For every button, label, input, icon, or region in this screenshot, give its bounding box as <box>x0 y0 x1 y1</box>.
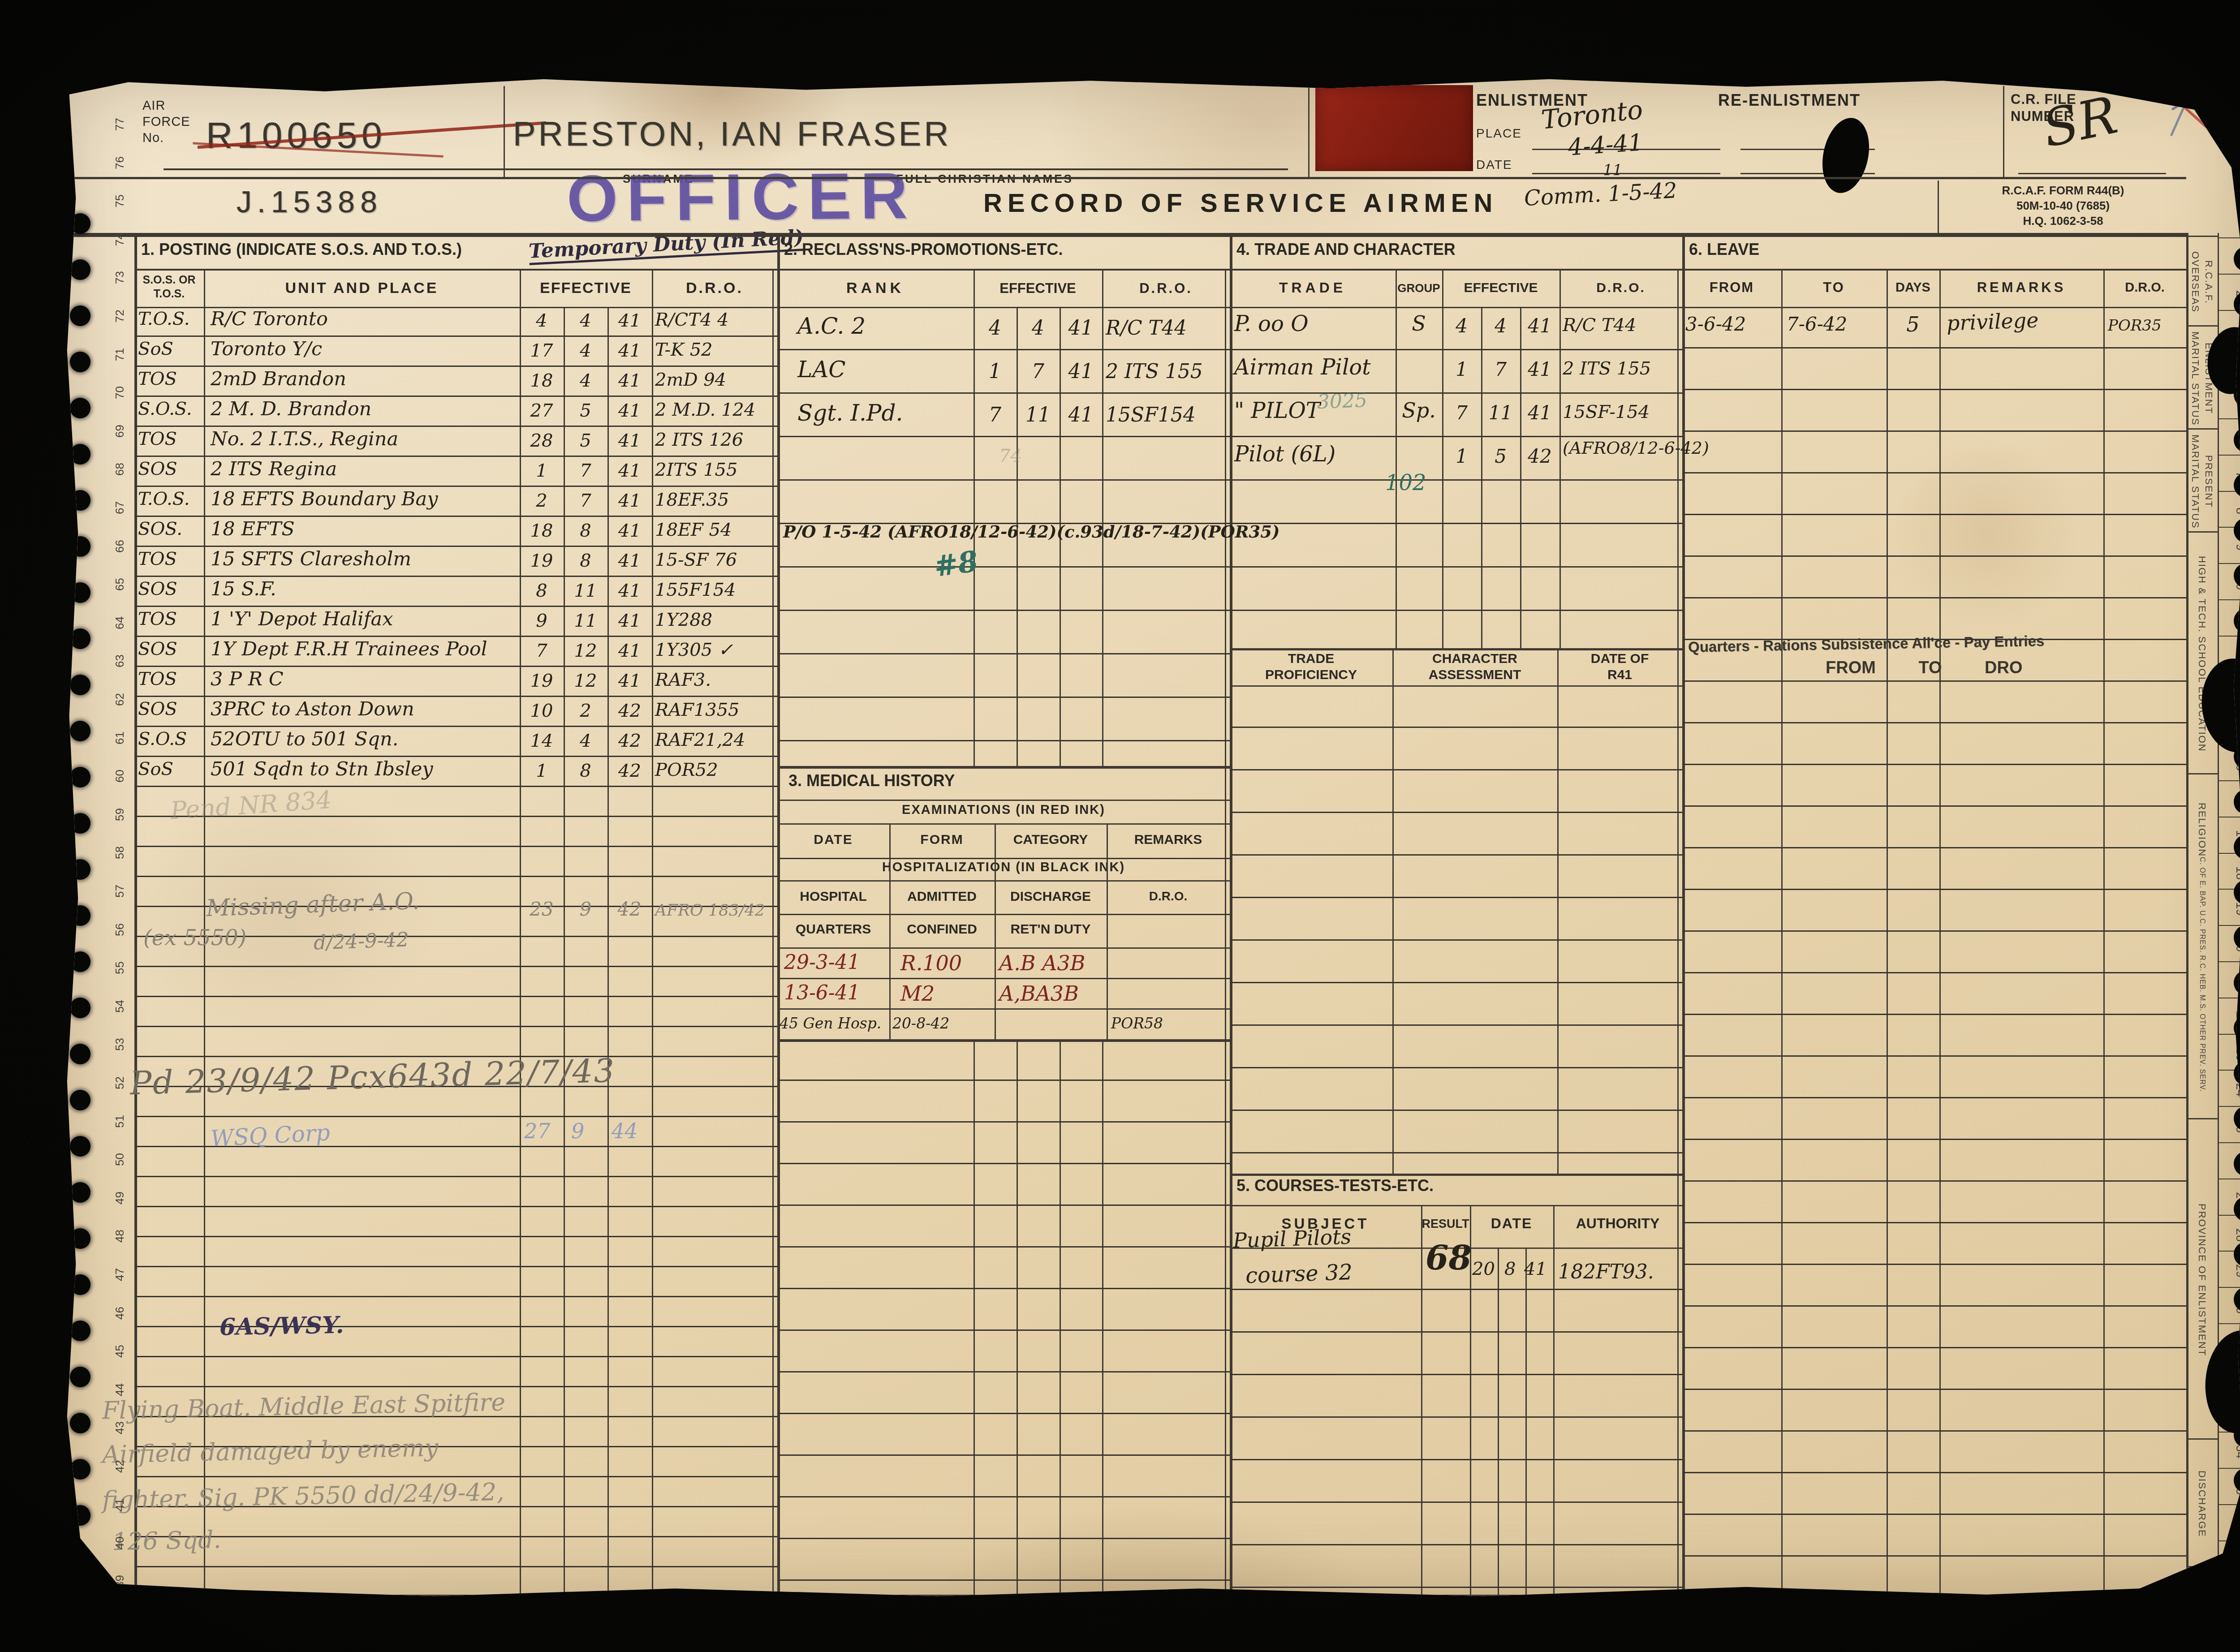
punch-hole <box>70 1228 90 1249</box>
punch-hole <box>70 352 90 372</box>
leave-col-from: FROM <box>1682 280 1781 296</box>
posting-cell-day: 2 <box>520 490 564 511</box>
posting-cell-month: 4 <box>564 310 607 331</box>
courses-result: 68 <box>1426 1239 1472 1278</box>
courses-subject-line2: course 32 <box>1245 1260 1353 1288</box>
medical-col-confined: CONFINED <box>889 922 995 937</box>
posting-cell-month: 7 <box>564 460 607 481</box>
date-underline <box>1532 173 1720 174</box>
posting-col-dro: D.R.O. <box>652 280 777 297</box>
trade-pencil-note: 3025 <box>1317 389 1368 413</box>
posting-cell-month: 5 <box>564 430 607 451</box>
punch-hole <box>70 1551 90 1572</box>
posting-cell-dro: 18EF 54 <box>655 520 732 540</box>
posting-cell-unit: R/C Toronto <box>211 308 328 330</box>
commission-note: Comm. 1-5-42 <box>1524 178 1678 211</box>
grid-hline <box>2186 773 2218 774</box>
left-edge-number: 77 <box>113 108 134 142</box>
posting-cell-tos: TOS <box>138 669 177 689</box>
service-number-underline <box>164 168 567 170</box>
posting-cell-dro: 2 ITS 126 <box>655 430 743 450</box>
grid-hline <box>2218 1540 2240 1541</box>
trade-cell-day: 1 <box>1442 445 1481 467</box>
grid-hline <box>134 269 2186 271</box>
trade-cell-trade: " PILOT <box>1234 398 1320 423</box>
medical-hosp-name: 45 Gen Hosp. <box>780 1015 881 1032</box>
left-edge-number: 67 <box>113 491 134 525</box>
trade-cell-dro: 15SF-154 <box>1563 402 1650 422</box>
row-lines <box>1230 1248 1682 1595</box>
re-enlistment-label: RE-ENLISTMENT <box>1718 91 1861 110</box>
posting-cell-year: 42 <box>607 701 652 721</box>
punch-hole <box>70 721 90 741</box>
page-title: RECORD OF SERVICE AIRMEN <box>983 188 1498 218</box>
commission-superscript: 11 <box>1603 161 1622 179</box>
trade-proficiency-header: TRADE PROFICIENCY <box>1230 651 1392 683</box>
grid-hline <box>2218 1577 2240 1578</box>
posting-cell-unit: Toronto Y/c <box>211 338 322 360</box>
posting-cell-day: 7 <box>520 641 564 661</box>
medical-col-hospital: HOSPITAL <box>777 889 889 904</box>
row-lines <box>1682 307 2186 1595</box>
right-edge-label: RELIGIONC. OF E. BAP. U.C. PRES. R.C. HE… <box>2187 775 2217 1120</box>
grid-vline <box>1308 86 1310 177</box>
posting-cell-day: 8 <box>520 581 564 601</box>
posting-cell-day: 14 <box>520 731 564 751</box>
trade-cell-month: 11 <box>1481 402 1520 424</box>
posting-cell-year: 41 <box>607 310 652 331</box>
punch-hole <box>70 1136 90 1157</box>
trade-cell-dro: R/C T44 <box>1563 315 1637 336</box>
medical-exam-form: M2 <box>900 981 935 1006</box>
name-stamp: PRESTON, IAN FRASER <box>513 115 951 154</box>
posting-cell-tos: SOS <box>138 459 177 479</box>
grid-hline <box>2218 998 2240 998</box>
red-ink-patch <box>1315 85 1473 171</box>
posting-cell-month: 4 <box>564 370 607 391</box>
punch-hole <box>70 1413 90 1433</box>
posting-cell-tos: S.O.S <box>138 729 187 749</box>
posting-cell-dro: POR52 <box>655 760 718 780</box>
punch-hole <box>70 675 90 695</box>
left-edge-number: 62 <box>113 683 134 717</box>
posting-col-sos: S.O.S. OR T.O.S. <box>134 273 204 301</box>
posting-cell-day: 28 <box>520 430 564 451</box>
punch-hole <box>70 1367 90 1387</box>
wsq-eff-cell: 9 <box>571 1119 584 1143</box>
trade-cell-trade: Airman Pilot <box>1234 355 1370 380</box>
posting-cell-unit: 3 P R C <box>211 668 284 690</box>
left-edge-number: 70 <box>113 376 134 410</box>
punch-hole <box>70 1182 90 1203</box>
officer-number-stamp: J.15388 <box>237 185 383 219</box>
grid-vline <box>889 823 891 1039</box>
posting-cell-unit: 1Y Dept F.R.H Trainees Pool <box>211 638 487 660</box>
promotion-note: P/O 1-5-42 (AFRO18/12-6-42)(c.93d/18-7-4… <box>783 522 1279 542</box>
grid-hline <box>777 858 1230 859</box>
row-lines <box>777 1039 1230 1595</box>
trade-cell-year: 41 <box>1520 402 1559 424</box>
posting-cell-unit: 15 SFTS Claresholm <box>211 548 411 570</box>
grid-hline <box>777 947 1230 949</box>
left-edge-number: 65 <box>113 568 134 602</box>
medical-exam-form: R.100 <box>900 951 962 975</box>
posting-cell-tos: TOS <box>138 429 177 449</box>
punch-hole <box>70 767 90 787</box>
posting-cell-tos: SoS <box>138 339 173 359</box>
medical-exam-date: 29-3-41 <box>784 951 860 974</box>
posting-cell-tos: SOS <box>138 699 177 719</box>
reclass-cell-year: 41 <box>1060 404 1102 426</box>
reclass-cell-month: 11 <box>1017 404 1060 426</box>
reclass-cell-day: 1 <box>974 360 1017 383</box>
posting-cell-unit: No. 2 I.T.S., Regina <box>211 428 398 450</box>
punch-hole <box>70 582 90 603</box>
cas-note: 6AS/WSY. <box>219 1312 344 1341</box>
left-edge-number: 54 <box>113 989 134 1024</box>
posting-cell-year: 41 <box>607 340 652 361</box>
posting-cell-day: 1 <box>520 761 564 781</box>
grid-hline <box>2218 274 2240 275</box>
medical-exam-category: A.B A3B <box>999 951 1086 975</box>
trade-cell-trade: P. oo O <box>1234 311 1309 336</box>
punch-hole <box>70 536 90 557</box>
trade-pilot-note: 102 <box>1385 470 1426 495</box>
medical-col-discharge: DISCHARGE <box>995 889 1107 904</box>
leave-col-to: TO <box>1781 280 1887 296</box>
posting-cell-year: 41 <box>607 460 652 481</box>
posting-cell-year: 41 <box>607 581 652 601</box>
posting-cell-year: 42 <box>607 731 652 751</box>
posting-section-title: 1. POSTING (INDICATE S.O.S. AND T.O.S.) <box>141 240 462 259</box>
trade-cell-month: 5 <box>1481 445 1520 467</box>
left-edge-number: 53 <box>113 1028 134 1062</box>
missing-note-line3: d/24-9-42 <box>313 928 409 954</box>
posting-cell-unit: 52OTU to 501 Sqn. <box>211 728 398 750</box>
left-edge-number: 41 <box>113 1488 134 1522</box>
left-edge-number: 51 <box>113 1105 134 1139</box>
left-edge-number: 48 <box>113 1219 134 1253</box>
posting-cell-dro: RAF1355 <box>655 700 740 720</box>
punch-hole <box>70 1274 90 1295</box>
right-edge-label: HIGH & TECH. SCHOOL EDUCATION <box>2187 533 2217 775</box>
grid-vline <box>2003 86 2004 177</box>
courses-date-day: 20 <box>1472 1259 1495 1279</box>
trade-cell-month: 7 <box>1481 358 1520 380</box>
reclass-cell-day: 7 <box>974 404 1017 426</box>
left-edge-number: 76 <box>113 146 134 180</box>
reclass-cell-rank: Sgt. I.Pd. <box>797 400 903 426</box>
trade-cell-day: 7 <box>1442 402 1481 424</box>
missing-note-line2: (ex 5550) <box>143 925 246 951</box>
grid-vline <box>1107 823 1108 1039</box>
trade-cell-group: Sp. <box>1396 398 1442 422</box>
grid-hline <box>2218 455 2240 456</box>
posting-cell-tos: SOS <box>138 579 177 599</box>
posting-cell-tos: T.O.S. <box>138 489 190 509</box>
missing-eff-cell: 23 <box>520 898 564 920</box>
leave-col-days: DAYS <box>1887 280 1939 295</box>
posting-cell-dro: 1Y288 <box>655 610 712 630</box>
trade-col-group: GROUP <box>1396 281 1442 295</box>
posting-cell-month: 12 <box>564 671 607 691</box>
reclass-cell-year: 41 <box>1060 317 1102 340</box>
grid-hline <box>2186 1118 2218 1119</box>
posting-cell-month: 7 <box>564 490 607 511</box>
missing-eff-cell: 9 <box>564 898 607 920</box>
grid-hline <box>1230 648 1682 650</box>
trade-cell-month: 4 <box>1481 315 1520 337</box>
officer-stamp: OFFICER <box>566 158 917 237</box>
paper-hole-damage <box>1816 113 1875 197</box>
posting-cell-tos: SOS. <box>138 519 182 539</box>
punch-hole <box>70 1505 90 1526</box>
reclass-section-title: 2. RECLASS'NS-PROMOTIONS-ETC. <box>784 240 1063 259</box>
posting-cell-day: 9 <box>520 611 564 631</box>
posting-cell-day: 4 <box>520 310 564 331</box>
left-edge-number: 64 <box>113 606 134 640</box>
posting-cell-unit: 2 M. D. Brandon <box>211 398 371 420</box>
reclass-cell-month: 7 <box>1017 360 1060 383</box>
punch-hole <box>70 951 90 972</box>
left-edge-number: 39 <box>113 1565 134 1599</box>
punch-hole <box>70 490 90 511</box>
leave-cell-days: 5 <box>1887 312 1939 336</box>
posting-cell-day: 10 <box>520 701 564 721</box>
left-edge-number: 50 <box>113 1143 134 1177</box>
leave-col-dro: D.R.O. <box>2103 280 2186 295</box>
posting-cell-dro: 2mD 94 <box>655 370 726 390</box>
posting-cell-dro: RAF3. <box>655 670 711 690</box>
medical-hosp-dro: POR58 <box>1111 1015 1163 1032</box>
medical-col-form: FORM <box>889 832 995 848</box>
grid-hline <box>777 914 1230 915</box>
grid-hline <box>2218 1468 2240 1469</box>
posting-cell-year: 41 <box>607 490 652 511</box>
medical-col-category: CATEGORY <box>995 832 1107 848</box>
trade-section-title: 4. TRADE AND CHARACTER <box>1236 240 1456 259</box>
punch-hole <box>70 1459 90 1480</box>
left-edge-number: 58 <box>113 836 134 870</box>
courses-col-authority: AUTHORITY <box>1553 1215 1682 1232</box>
posting-cell-month: 11 <box>564 581 607 601</box>
reclass-cell-rank: LAC <box>797 357 846 383</box>
left-edge-number: 63 <box>113 644 134 678</box>
left-edge-number: 61 <box>113 721 134 755</box>
left-edge-number: 44 <box>113 1373 134 1407</box>
left-edge-number: 47 <box>113 1258 134 1292</box>
paper: AIR FORCE No. R100650 PRESTON, IAN FRASE… <box>63 76 2240 1599</box>
posting-cell-year: 41 <box>607 370 652 391</box>
left-edge-number: 40 <box>113 1526 134 1560</box>
punch-hole <box>70 259 90 280</box>
posting-cell-year: 41 <box>607 671 652 691</box>
grid-hline <box>2186 428 2218 430</box>
posting-cell-day: 19 <box>520 671 564 691</box>
posting-cell-month: 4 <box>564 340 607 361</box>
posting-cell-month: 4 <box>564 731 607 751</box>
posting-cell-month: 8 <box>564 521 607 541</box>
posting-cell-dro: 1Y305 ✓ <box>655 640 733 660</box>
trade-cell-trade: Pilot (6L) <box>1234 442 1335 467</box>
right-edge-number: 36 <box>2218 1507 2240 1542</box>
grid-hline <box>777 823 1230 825</box>
posting-cell-year: 41 <box>607 430 652 451</box>
right-edge-label: R.C.A.F. OVERSEAS <box>2187 237 2217 327</box>
medical-section-title: 3. MEDICAL HISTORY <box>788 771 955 790</box>
reclass-col-rank: RANK <box>777 280 974 297</box>
trade-cell-year: 41 <box>1520 315 1559 337</box>
grid-hline <box>2218 1323 2240 1324</box>
courses-col-date: DATE <box>1470 1215 1553 1232</box>
grid-hline <box>2218 1034 2240 1035</box>
leave-section-title: 6. LEAVE <box>1689 240 1759 259</box>
grid-hline <box>2218 599 2240 600</box>
punch-hole <box>70 305 90 326</box>
posting-cell-month: 5 <box>564 400 607 421</box>
leave-cell-dro: POR35 <box>2108 317 2162 335</box>
posting-cell-month: 8 <box>564 551 607 571</box>
grid-vline <box>1938 181 1939 233</box>
medical-col-quarters: QUARTERS <box>777 922 889 937</box>
grid-hline <box>1230 1205 1682 1206</box>
grid-hline <box>2218 1142 2240 1143</box>
posting-cell-tos: SoS <box>138 759 173 779</box>
left-edge-number: 71 <box>113 338 134 372</box>
grid-hline <box>2218 636 2240 637</box>
posting-cell-dro: RAF21,24 <box>655 730 745 750</box>
left-edge-number: 49 <box>113 1181 134 1215</box>
form-reference: R.C.A.F. FORM R44(B) 50M-10-40 (7685) H.… <box>1942 183 2184 228</box>
medical-hosp-admitted: 20-8-42 <box>892 1015 949 1032</box>
medical-col-remarks: REMARKS <box>1107 832 1230 848</box>
medical-hospitalization-label: HOSPITALIZATION (IN BLACK INK) <box>777 860 1230 875</box>
medical-col-admitted: ADMITTED <box>889 889 995 904</box>
left-edge-number: 73 <box>113 261 134 295</box>
posting-cell-year: 41 <box>607 551 652 571</box>
reclass-cell-day: 4 <box>974 317 1017 340</box>
trade-cell-year: 42 <box>1520 445 1559 467</box>
air-force-label: AIR FORCE No. <box>142 98 190 146</box>
trade-cell-day: 4 <box>1442 315 1481 337</box>
grid-hline <box>2218 418 2240 419</box>
posting-cell-dro: 155F154 <box>655 580 736 600</box>
posting-col-unit: UNIT AND PLACE <box>204 280 520 297</box>
reclass-cell-rank: A.C. 2 <box>797 313 866 339</box>
grid-hline <box>2218 1287 2240 1288</box>
left-edge-number: 72 <box>113 299 134 333</box>
right-edge-number: 38 <box>2218 1579 2240 1614</box>
reclass-cell-dro: 2 ITS 155 <box>1106 360 1203 383</box>
trade-cell-year: 41 <box>1520 358 1559 380</box>
left-edge-number: 59 <box>113 798 134 832</box>
reclass-faint-note: 74 <box>999 446 1022 466</box>
wsq-eff-cell: 27 <box>524 1119 551 1143</box>
posting-cell-unit: 501 Sqdn to Stn Ibsley <box>211 758 433 780</box>
grid-hline <box>2218 1179 2240 1179</box>
left-edge-number: 75 <box>113 184 134 218</box>
posting-cell-tos: T.O.S. <box>138 309 190 329</box>
courses-col-result: RESULT <box>1421 1217 1470 1231</box>
leave-col-remarks: REMARKS <box>1939 280 2103 296</box>
courses-date-year: 41 <box>1524 1259 1547 1279</box>
torn-scallop <box>2234 1513 2240 1538</box>
leave-cell-from: 3-6-42 <box>1685 313 1746 335</box>
grid-hline <box>2186 1438 2218 1440</box>
posting-cell-month: 8 <box>564 761 607 781</box>
place-label: PLACE <box>1476 126 1522 141</box>
trade-cell-dro: (AFRO8/12-6-42) <box>1563 438 1709 458</box>
missing-eff-cell: 42 <box>607 898 651 920</box>
posting-cell-month: 11 <box>564 611 607 631</box>
posting-cell-year: 41 <box>607 611 652 631</box>
left-edge-number: 52 <box>113 1066 134 1100</box>
posting-cell-dro: 15-SF 76 <box>655 550 737 570</box>
left-edge-number: 46 <box>113 1296 134 1330</box>
grid-hline <box>2186 1566 2218 1567</box>
reclass-cell-year: 41 <box>1060 360 1102 383</box>
wsq-eff-cell: 44 <box>612 1119 638 1143</box>
posting-cell-tos: TOS <box>138 549 177 569</box>
date-label: DATE <box>1476 158 1512 172</box>
posting-cell-unit: 18 EFTS Boundary Bay <box>211 488 438 510</box>
grid-hline <box>2218 961 2240 962</box>
reclass-col-effective: EFFECTIVE <box>974 280 1102 297</box>
posting-cell-tos: TOS <box>138 609 177 629</box>
punch-hole <box>70 813 90 834</box>
courses-subject-line1: Pupil Pilots <box>1232 1224 1352 1252</box>
trade-col-effective: EFFECTIVE <box>1442 280 1559 296</box>
posting-cell-tos: TOS <box>138 369 177 389</box>
posting-cell-day: 18 <box>520 521 564 541</box>
trade-cell-dro: 2 ITS 155 <box>1563 358 1651 379</box>
posting-cell-unit: 2 ITS Regina <box>211 458 337 480</box>
left-edge-number: 55 <box>113 951 134 985</box>
grid-hline <box>2218 1504 2240 1505</box>
courses-section-title: 5. COURSES-TESTS-ETC. <box>1236 1176 1434 1195</box>
medical-examinations-label: EXAMINATIONS (IN RED INK) <box>777 803 1230 817</box>
left-edge-number: 69 <box>113 414 134 448</box>
punch-hole <box>70 628 90 649</box>
posting-cell-year: 41 <box>607 400 652 421</box>
posting-cell-dro: T-K 52 <box>655 340 713 360</box>
posting-cell-dro: R/CT4 4 <box>655 310 729 330</box>
left-edge-number: 60 <box>113 759 134 793</box>
posting-cell-unit: 2mD Brandon <box>211 368 346 390</box>
courses-date-month: 8 <box>1504 1259 1516 1279</box>
posting-cell-year: 41 <box>607 521 652 541</box>
grid-hline <box>70 233 2187 237</box>
right-edge-number: 22 <box>2218 1000 2240 1035</box>
grid-hline <box>134 1595 2186 1596</box>
grid-hline <box>2218 925 2240 926</box>
grid-hline <box>2218 563 2240 564</box>
right-edge-label: PRESENT MARITAL STATUS <box>2187 430 2217 533</box>
right-edge-number: 37 <box>2218 1543 2240 1578</box>
trade-col-dro: D.R.O. <box>1559 280 1682 296</box>
posting-cell-dro: 18EF.35 <box>655 490 729 510</box>
posting-cell-month: 12 <box>564 641 607 661</box>
trade-cell-group: S <box>1396 311 1442 336</box>
posting-cell-tos: S.O.S. <box>138 399 192 419</box>
grid-hline <box>777 800 1230 801</box>
promotion-tag: #8 <box>932 545 980 584</box>
posting-cell-dro: 2ITS 155 <box>655 460 737 480</box>
grid-hline <box>777 978 1230 979</box>
grid-hline <box>2186 531 2218 533</box>
grid-hline <box>777 1008 1230 1010</box>
grid-hline <box>777 766 1230 769</box>
